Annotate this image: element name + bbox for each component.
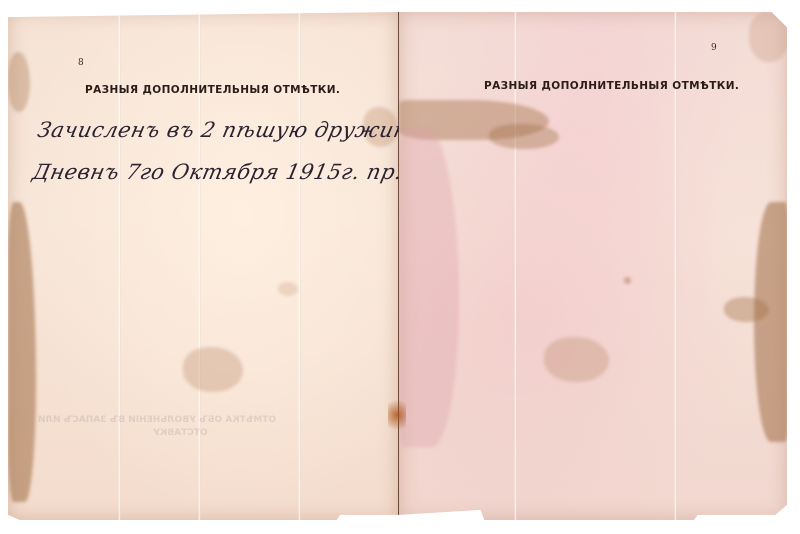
- water-stain: [183, 347, 243, 392]
- bleed-through-text: ОТСТАВКУ: [153, 428, 208, 438]
- water-stain: [278, 282, 298, 296]
- left-page: 8 РАЗНЫЯ ДОПОЛНИТЕЛЬНЫЯ ОТМѢТКИ. Зачисле…: [8, 12, 399, 520]
- binding-damage: [388, 395, 406, 435]
- bleed-through-text: ОТМѢТКА ОБЪ УВОЛЬНЕНІИ ВЪ ЗАПАСЪ ИЛИ: [38, 415, 276, 425]
- water-stain: [724, 297, 769, 322]
- water-stain: [8, 202, 36, 502]
- water-stain: [8, 52, 30, 112]
- page-heading: РАЗНЫЯ ДОПОЛНИТЕЛЬНЫЯ ОТМѢТКИ.: [484, 80, 739, 92]
- handwritten-line-2: Дневнъ 7го Октября 1915г. пр. №7.: [30, 160, 453, 184]
- water-stain: [544, 337, 609, 382]
- document-spread: 8 РАЗНЫЯ ДОПОЛНИТЕЛЬНЫЯ ОТМѢТКИ. Зачисле…: [0, 0, 800, 534]
- water-stain: [489, 124, 559, 149]
- page-number: 9: [711, 43, 717, 53]
- spot: [624, 277, 631, 284]
- page-number: 8: [78, 58, 84, 68]
- pink-stain: [399, 127, 459, 447]
- water-stain: [754, 202, 788, 442]
- page-heading: РАЗНЫЯ ДОПОЛНИТЕЛЬНЫЯ ОТМѢТКИ.: [85, 84, 340, 96]
- water-stain: [749, 12, 789, 62]
- right-page: 9 РАЗНЫЯ ДОПОЛНИТЕЛЬНЫЯ ОТМѢТКИ.: [399, 12, 787, 520]
